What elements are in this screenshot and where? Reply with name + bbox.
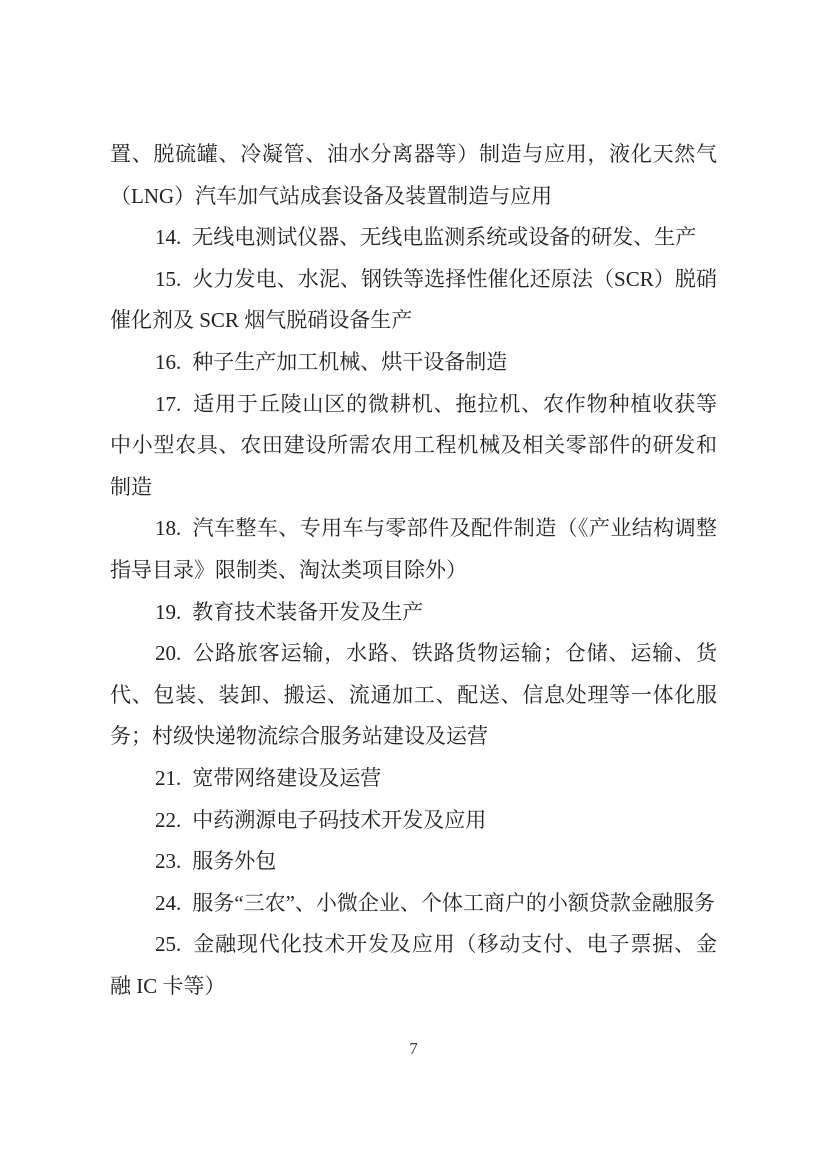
item-text: 教育技术装备开发及生产	[192, 600, 423, 624]
item-number: 25.	[155, 932, 181, 956]
list-item-16: 16.种子生产加工机械、烘干设备制造	[110, 342, 717, 384]
item-text: 种子生产加工机械、烘干设备制造	[192, 350, 507, 374]
item-number: 21.	[155, 766, 181, 790]
item-number: 14.	[155, 225, 181, 249]
item-text: 金融现代化技术开发及应用（移动支付、电子票据、金融 IC 卡等）	[110, 932, 717, 998]
item-number: 22.	[155, 808, 181, 832]
item-number: 17.	[155, 392, 181, 416]
list-item-22: 22.中药溯源电子码技术开发及应用	[110, 800, 717, 842]
list-item-15: 15.火力发电、水泥、钢铁等选择性催化还原法（SCR）脱硝催化剂及 SCR 烟气…	[110, 259, 717, 342]
list-item-14: 14.无线电测试仪器、无线电监测系统或设备的研发、生产	[110, 217, 717, 259]
item-text: 服务“三农”、小微企业、个体工商户的小额贷款金融服务	[192, 891, 715, 915]
item-text: 宽带网络建设及运营	[192, 766, 381, 790]
item-number: 19.	[155, 600, 181, 624]
item-number: 24.	[155, 891, 181, 915]
item-text: 火力发电、水泥、钢铁等选择性催化还原法（SCR）脱硝催化剂及 SCR 烟气脱硝设…	[110, 267, 717, 333]
list-item-25: 25.金融现代化技术开发及应用（移动支付、电子票据、金融 IC 卡等）	[110, 924, 717, 1007]
list-item-18: 18.汽车整车、专用车与零部件及配件制造（《产业结构调整指导目录》限制类、淘汰类…	[110, 508, 717, 591]
item-text: 公路旅客运输，水路、铁路货物运输；仓储、运输、货代、包装、装卸、搬运、流通加工、…	[110, 641, 717, 748]
item-text: 服务外包	[192, 849, 276, 873]
item-text: 中药溯源电子码技术开发及应用	[192, 808, 486, 832]
item-text: 汽车整车、专用车与零部件及配件制造（《产业结构调整指导目录》限制类、淘汰类项目除…	[110, 516, 717, 582]
list-item-17: 17.适用于丘陵山区的微耕机、拖拉机、农作物种植收获等中小型农具、农田建设所需农…	[110, 384, 717, 509]
list-item-20: 20.公路旅客运输，水路、铁路货物运输；仓储、运输、货代、包装、装卸、搬运、流通…	[110, 633, 717, 758]
item-number: 16.	[155, 350, 181, 374]
paragraph-continuation: 置、脱硫罐、冷凝管、油水分离器等）制造与应用，液化天然气（LNG）汽车加气站成套…	[110, 134, 717, 217]
page-number: 7	[0, 1038, 827, 1060]
list-item-23: 23.服务外包	[110, 841, 717, 883]
list-item-24: 24.服务“三农”、小微企业、个体工商户的小额贷款金融服务	[110, 883, 717, 925]
item-number: 18.	[155, 516, 181, 540]
list-item-21: 21.宽带网络建设及运营	[110, 758, 717, 800]
document-page: 置、脱硫罐、冷凝管、油水分离器等）制造与应用，液化天然气（LNG）汽车加气站成套…	[0, 0, 827, 1169]
item-number: 23.	[155, 849, 181, 873]
item-number: 20.	[155, 641, 181, 665]
item-text: 适用于丘陵山区的微耕机、拖拉机、农作物种植收获等中小型农具、农田建设所需农用工程…	[110, 392, 717, 499]
item-number: 15.	[155, 267, 181, 291]
item-text: 无线电测试仪器、无线电监测系统或设备的研发、生产	[192, 225, 696, 249]
list-item-19: 19.教育技术装备开发及生产	[110, 592, 717, 634]
document-content: 置、脱硫罐、冷凝管、油水分离器等）制造与应用，液化天然气（LNG）汽车加气站成套…	[110, 134, 717, 1007]
